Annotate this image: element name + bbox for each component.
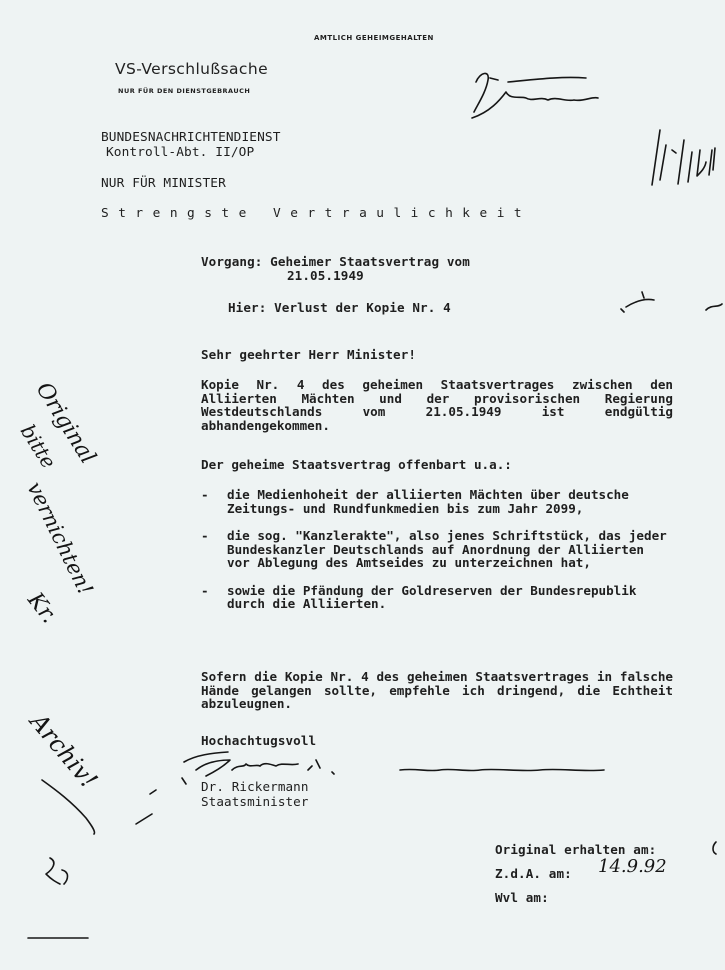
footer-edge-mark	[713, 842, 716, 854]
subject-line: Vorgang: Geheimer Staatsvertrag vom	[201, 254, 470, 269]
revelations-list: die Medienhoheit der alliierten Mächten …	[201, 488, 673, 625]
secrecy-level: Strengste Vertraulichkeit	[101, 206, 531, 221]
classification-label: VS-Verschlußsache	[115, 62, 268, 77]
salutation: Sehr geehrter Herr Minister!	[201, 347, 416, 362]
signature-initials-right	[652, 130, 715, 185]
department-name: Kontroll-Abt. II/OP	[106, 145, 254, 160]
handwritten-note-archiv: Archiv!	[25, 708, 103, 794]
margin-initials-bottom	[46, 858, 68, 884]
paragraph-reveals-intro: Der geheime Staatsvertrag offenbart u.a.…	[201, 458, 673, 472]
classification-sublabel: NUR FÜR DEN DIENSTGEBRAUCH	[118, 84, 250, 99]
closing: Hochachtugsvoll	[201, 733, 316, 748]
paragraph-loss-notice: Kopie Nr. 4 des geheimen Staatsvertrages…	[201, 378, 673, 432]
organization-name: BUNDESNACHRICHTENDIENST	[101, 130, 281, 145]
signer-title: Staatsminister	[201, 794, 309, 809]
footer-wvl: Wvl am:	[495, 890, 549, 905]
list-item: die Medienhoheit der alliierten Mächten …	[201, 488, 673, 515]
regarding-line: Hier: Verlust der Kopie Nr. 4	[228, 300, 451, 315]
subject-label: Vorgang:	[201, 254, 262, 269]
recipient-note: NUR FÜR MINISTER	[101, 176, 226, 191]
footer-original-received: Original erhalten am:	[495, 842, 656, 857]
margin-stroke-archiv	[136, 790, 156, 824]
handwritten-note-vernichten: vernichten!	[22, 478, 97, 599]
header-stamp: AMTLICH GEHEIMGEHALTEN	[314, 31, 434, 46]
signer-name: Dr. Rickermann	[201, 779, 309, 794]
list-item: sowie die Pfändung der Goldreserven der …	[201, 584, 673, 611]
subject-text: Geheimer Staatsvertrag vom	[270, 254, 470, 269]
subject-date: 21.05.1949	[287, 268, 364, 283]
signature-top	[472, 73, 598, 118]
signature-mark-mid	[621, 292, 722, 312]
paragraph-recommendation: Sofern die Kopie Nr. 4 des geheimen Staa…	[201, 670, 673, 711]
handwritten-initials: Kr.	[22, 588, 61, 628]
footer-zda: Z.d.A. am:	[495, 866, 572, 881]
handwritten-zda-date: 14.9.92	[598, 856, 667, 877]
document-page: AMTLICH GEHEIMGEHALTEN VS-Verschlußsache…	[0, 0, 725, 970]
list-item: die sog. "Kanzlerakte", also jenes Schri…	[201, 529, 673, 570]
